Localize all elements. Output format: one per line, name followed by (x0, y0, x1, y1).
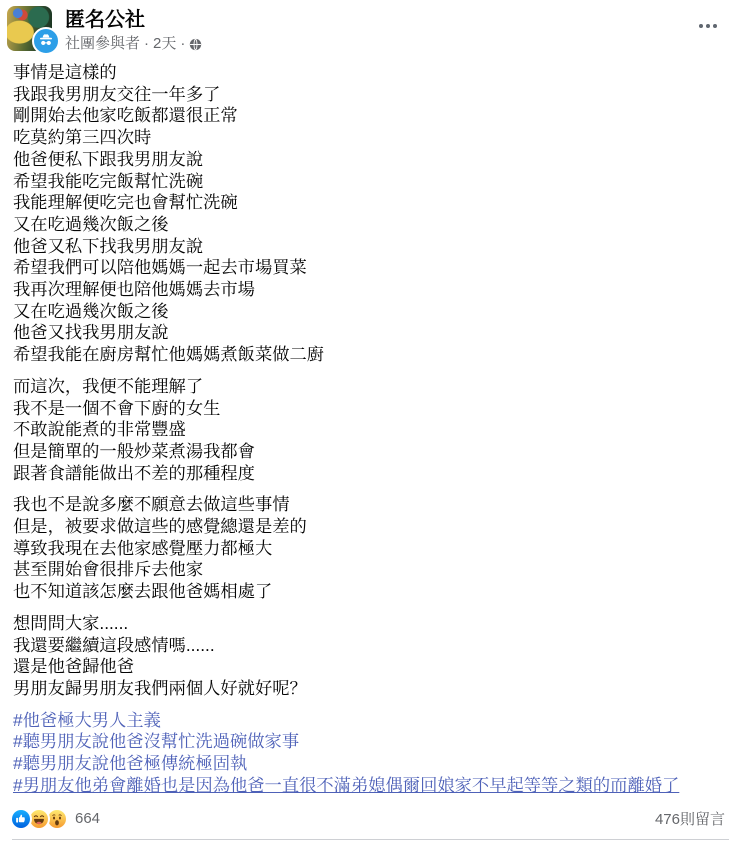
post-line: 他爸又私下找我男朋友說 (13, 236, 725, 258)
post-footer: 664 476則留言 (0, 804, 741, 834)
reaction-count: 664 (75, 810, 100, 827)
comment-count-link[interactable]: 476則留言 (655, 808, 725, 829)
post-line: 導致我現在去他家感覺壓力都極大 (13, 538, 725, 560)
post-line: 還是他爸歸他爸 (13, 656, 725, 678)
post-line: 而這次，我便不能理解了 (13, 376, 725, 398)
post-body: 事情是這樣的 我跟我男朋友交往一年多了 剛開始去他家吃飯都還很正常 吃莫約第三四… (0, 52, 741, 797)
post-line: 他爸又找我男朋友說 (13, 322, 725, 344)
post-paragraph: 而這次，我便不能理解了 我不是一個不會下廚的女生 不敢說能煮的非常豐盛 但是簡單… (13, 376, 725, 485)
facebook-post-card: 匿名公社 社團參與者 · 2天 · 事情是這樣的 (0, 0, 741, 849)
post-line: 希望我能在廚房幫忙他媽媽煮飯菜做二廚 (13, 344, 725, 366)
post-paragraph: 想問問大家...... 我還要繼續這段感情嗎...... 還是他爸歸他爸 男朋友… (13, 613, 725, 700)
post-line: 事情是這樣的 (13, 62, 725, 84)
post-line: 但是簡單的一般炒菜煮湯我都會 (13, 441, 725, 463)
like-reaction-icon (10, 808, 32, 830)
hashtag-link[interactable]: #他爸極大男人主義 (13, 710, 725, 732)
post-line: 又在吃過幾次飯之後 (13, 214, 725, 236)
post-line: 跟著食譜能做出不差的那種程度 (13, 463, 725, 485)
post-line: 剛開始去他家吃飯都還很正常 (13, 105, 725, 127)
hashtag-link[interactable]: #聽男朋友說他爸極傳統極固執 (13, 753, 725, 775)
reaction-summary[interactable]: 664 (10, 808, 100, 830)
group-avatar[interactable] (7, 6, 52, 51)
ellipsis-icon (699, 24, 703, 28)
incognito-icon (37, 32, 55, 50)
post-line: 男朋友歸男朋友我們兩個人好就好呢？ (13, 678, 725, 700)
post-line: 希望我們可以陪他媽媽一起去市場買菜 (13, 257, 725, 279)
post-line: 我還要繼續這段感情嗎...... (13, 635, 725, 657)
post-line: 我跟我男朋友交往一年多了 (13, 84, 725, 106)
post-header: 匿名公社 社團參與者 · 2天 · (0, 0, 741, 52)
globe-icon (189, 38, 202, 51)
post-paragraph: 事情是這樣的 我跟我男朋友交往一年多了 剛開始去他家吃飯都還很正常 吃莫約第三四… (13, 62, 725, 366)
post-line: 希望我能吃完飯幫忙洗碗 (13, 171, 725, 193)
ellipsis-icon (706, 24, 710, 28)
post-line: 但是，被要求做這些的感覺總還是差的 (13, 516, 725, 538)
ellipsis-icon (713, 24, 717, 28)
group-name[interactable]: 匿名公社 (65, 8, 202, 32)
post-line: 想問問大家...... (13, 613, 725, 635)
post-paragraph: 我也不是說多麼不願意去做這些事情 但是，被要求做這些的感覺總還是差的 導致我現在… (13, 494, 725, 603)
post-line: 甚至開始會很排斥去他家 (13, 559, 725, 581)
timestamp-link[interactable]: 2天 (153, 34, 176, 53)
meta-separator: · (144, 34, 149, 53)
post-line: 他爸便私下跟我男朋友說 (13, 149, 725, 171)
post-line: 不敢說能煮的非常豐盛 (13, 419, 725, 441)
meta-separator: · (180, 34, 185, 53)
post-line: 我不是一個不會下廚的女生 (13, 398, 725, 420)
post-meta: 社團參與者 · 2天 · (65, 34, 202, 53)
anonymous-badge (32, 27, 60, 55)
post-line: 又在吃過幾次飯之後 (13, 301, 725, 323)
hashtag-link[interactable]: #聽男朋友說他爸沒幫忙洗過碗做家事 (13, 731, 725, 753)
post-header-text: 匿名公社 社團參與者 · 2天 · (65, 6, 202, 53)
post-line: 我也不是說多麼不願意去做這些事情 (13, 494, 725, 516)
byline-label: 社團參與者 (65, 34, 140, 53)
hashtag-block: #他爸極大男人主義 #聽男朋友說他爸沒幫忙洗過碗做家事 #聽男朋友說他爸極傳統極… (13, 710, 725, 797)
footer-divider (12, 839, 729, 840)
post-line: 我再次理解便也陪他媽媽去市場 (13, 279, 725, 301)
post-line: 我能理解便吃完也會幫忙洗碗 (13, 192, 725, 214)
hashtag-link[interactable]: #男朋友他弟會離婚也是因為他爸一直很不滿弟媳偶爾回娘家不早起等等之類的而離婚了 (13, 775, 725, 797)
more-options-button[interactable] (697, 18, 719, 34)
post-line: 吃莫約第三四次時 (13, 127, 725, 149)
post-line: 也不知道該怎麼去跟他爸媽相處了 (13, 581, 725, 603)
